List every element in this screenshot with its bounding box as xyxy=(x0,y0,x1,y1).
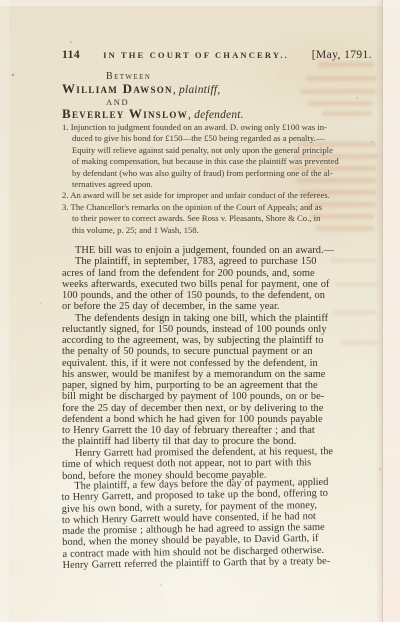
running-head: 114 IN THE COURT OF CHANCERY.. [May, 179… xyxy=(62,49,372,61)
syllabus: 1. Injunction to judgment founded on an … xyxy=(62,122,376,236)
syllabus-item: 3. The Chancellor's remarks on the opini… xyxy=(62,202,376,236)
syllabus-item: 1. Injunction to judgment founded on an … xyxy=(62,122,376,190)
opinion-paragraph: The defendents design in taking one bill… xyxy=(62,313,376,448)
syllabus-item: 2. An award will be set aside for improp… xyxy=(62,190,376,201)
defendant-name: Beverley Winslow xyxy=(62,106,188,121)
book-page: 114 IN THE COURT OF CHANCERY.. [May, 179… xyxy=(0,0,400,622)
opinion-paragraph: The plaintiff, in september, 1783, agree… xyxy=(62,256,376,312)
plaintiff-line: William Dawson, plaintiff, xyxy=(62,82,374,97)
defendant-line: Beverley Winslow, defendent. xyxy=(62,107,374,122)
defendant-role: , defendent. xyxy=(188,109,244,121)
plaintiff-role: , plaintiff, xyxy=(173,84,220,96)
page-top-edge xyxy=(0,0,400,6)
opinion-paragraph: The plaintiff, a few days before the day… xyxy=(61,476,376,571)
plaintiff-name: William Dawson xyxy=(62,81,173,96)
header-date: [May, 1791. xyxy=(312,49,372,61)
opinion-paragraph: THE bill was to enjoin a judgement, foun… xyxy=(62,245,376,256)
page-left-edge xyxy=(0,0,9,622)
foxing-specks xyxy=(0,0,2,2)
opinion-text: THE bill was to enjoin a judgement, foun… xyxy=(62,245,376,571)
case-caption: Between William Dawson, plaintiff, AND B… xyxy=(62,71,374,122)
page-number: 114 xyxy=(62,49,80,61)
page-right-edge xyxy=(382,0,400,622)
running-title: IN THE COURT OF CHANCERY.. xyxy=(103,50,289,60)
